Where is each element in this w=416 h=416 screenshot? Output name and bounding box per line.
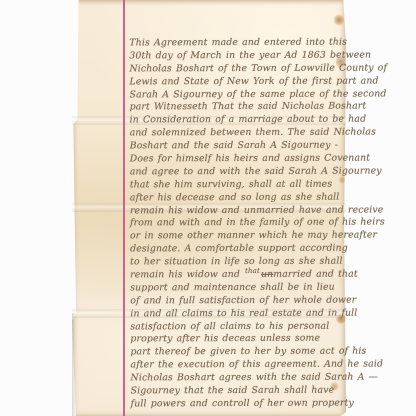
handwritten-line: Sarah A Sigourney of the same place of t… xyxy=(130,88,344,102)
handwritten-line: of and in full satisfaction of her whole… xyxy=(130,294,344,308)
handwritten-line: part thereof be given to her by some act… xyxy=(130,346,344,360)
handwritten-line: or in some other manner which he may her… xyxy=(130,230,344,244)
handwritten-line: Nicholas Boshart agrees with the said Sa… xyxy=(131,372,345,386)
handwritten-line: This Agreement made and entered into thi… xyxy=(129,37,343,51)
handwritten-line: in and all claims to his real estate and… xyxy=(130,307,344,321)
handwritten-line: in Consideration of a marriage about to … xyxy=(130,114,344,128)
handwritten-line: to her situation in life so long as she … xyxy=(130,256,344,270)
handwritten-line: 30th day of March in the year Ad 1863 be… xyxy=(129,50,343,64)
handwritten-line: from and with and in the family of one o… xyxy=(130,217,344,231)
struck-text: un xyxy=(261,269,273,280)
handwritten-line: Does for himself his heirs and assigns C… xyxy=(130,153,344,167)
handwritten-line: remain his widow and thatunmarried and t… xyxy=(130,269,344,283)
handwritten-line: part Witnesseth That the said Nicholas B… xyxy=(130,101,344,115)
handwritten-line: property after his deceas unless some xyxy=(130,333,344,347)
inserted-word: that xyxy=(245,267,260,275)
handwritten-line: and agree to and with the said Sarah A S… xyxy=(130,166,344,180)
handwritten-line: support and maintenance shall be in lieu xyxy=(130,282,344,296)
handwriting-block: This Agreement made and entered into thi… xyxy=(129,37,344,412)
handwritten-line: Boshart and the said Sarah A Sigourney - xyxy=(130,140,344,154)
handwritten-line: Sigourney that the said Sarah shall have xyxy=(131,385,345,399)
handwritten-line: remain his widow and unmarried have and … xyxy=(130,204,344,218)
handwritten-line: Nicholas Boshart of the Town of Lowville… xyxy=(129,62,343,76)
underlying-page-edge xyxy=(72,313,75,416)
handwritten-line: and solemnized between them. The said Ni… xyxy=(130,127,344,141)
handwritten-line: that she him surviving, shall at all tim… xyxy=(130,178,344,192)
handwritten-line: after his decease and so long as she sha… xyxy=(130,191,344,205)
margin-rule-line xyxy=(123,0,125,416)
handwritten-line: satisfaction of all claims to his person… xyxy=(130,320,344,334)
handwritten-line: Lewis and State of New York of the first… xyxy=(129,75,343,89)
handwritten-line: designate. A comfortable support accordi… xyxy=(130,243,344,257)
handwritten-line: after the execution of this agreement. A… xyxy=(130,359,344,373)
photo-background: This Agreement made and entered into thi… xyxy=(0,0,416,416)
handwritten-line: full powers and controll of her own prop… xyxy=(131,398,345,412)
